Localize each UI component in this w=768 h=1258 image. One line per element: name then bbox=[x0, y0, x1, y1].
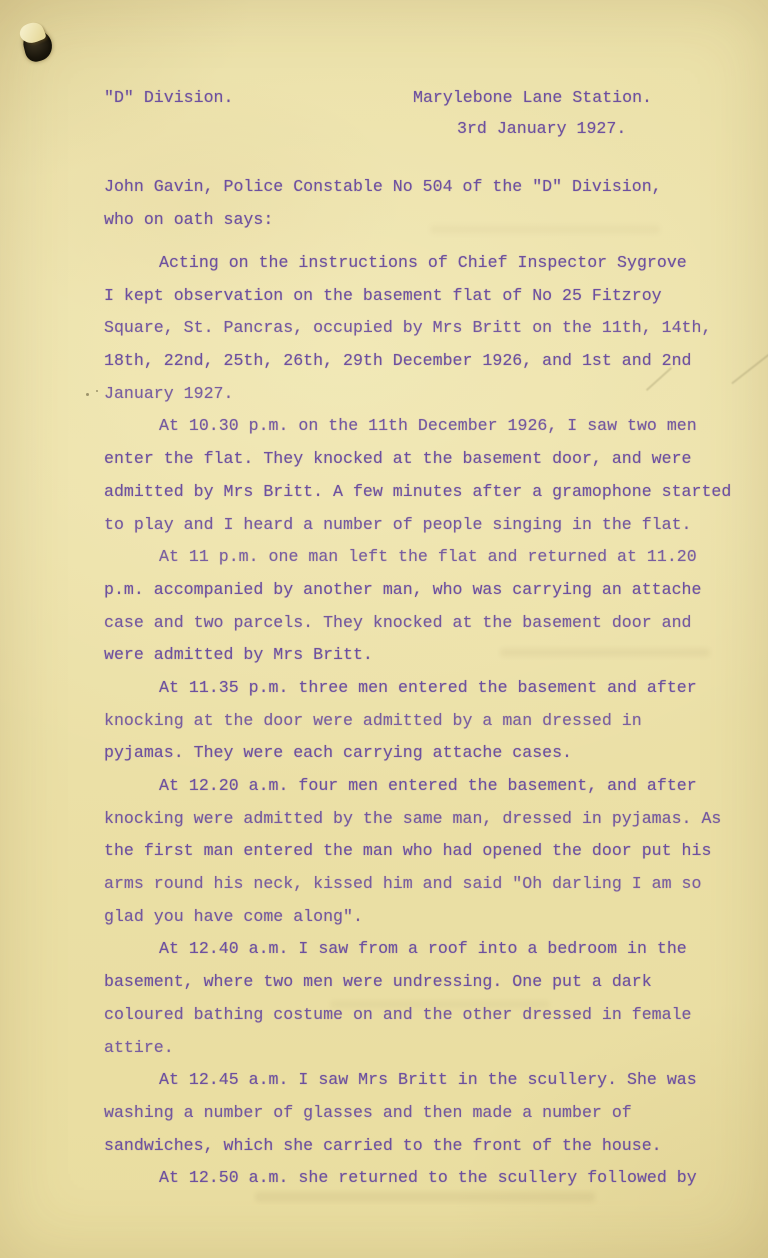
statement-line: knocking at the door were admitted by a … bbox=[104, 705, 750, 738]
statement-line: the first man entered the man who had op… bbox=[104, 835, 750, 868]
statement-line: At 12.20 a.m. four men entered the basem… bbox=[104, 770, 750, 803]
pencil-dot bbox=[96, 390, 98, 392]
station-heading: Marylebone Lane Station. bbox=[413, 88, 652, 107]
statement-line: Acting on the instructions of Chief Insp… bbox=[104, 247, 750, 280]
ink-bleed-smudge bbox=[330, 1000, 550, 1009]
ink-bleed-smudge bbox=[255, 1192, 595, 1202]
statement-line: arms round his neck, kissed him and said… bbox=[104, 868, 750, 901]
statement-line: sandwiches, which she carried to the fro… bbox=[104, 1130, 750, 1163]
punch-hole bbox=[19, 23, 57, 65]
statement-line: At 11 p.m. one man left the flat and ret… bbox=[104, 541, 750, 574]
statement-line: case and two parcels. They knocked at th… bbox=[104, 607, 750, 640]
statement-line: At 12.45 a.m. I saw Mrs Britt in the scu… bbox=[104, 1064, 750, 1097]
statement-line: Square, St. Pancras, occupied by Mrs Bri… bbox=[104, 312, 750, 345]
document-page: "D" Division. Marylebone Lane Station. 3… bbox=[0, 0, 768, 1258]
statement-line: At 11.35 p.m. three men entered the base… bbox=[104, 672, 750, 705]
division-heading: "D" Division. bbox=[104, 88, 233, 107]
statement-line: basement, where two men were undressing.… bbox=[104, 966, 750, 999]
pencil-dot bbox=[86, 393, 89, 396]
statement-line: enter the flat. They knocked at the base… bbox=[104, 443, 750, 476]
statement-line: to play and I heard a number of people s… bbox=[104, 509, 750, 542]
date-line: 3rd January 1927. bbox=[457, 119, 626, 138]
statement-line: At 12.40 a.m. I saw from a roof into a b… bbox=[104, 933, 750, 966]
statement-body: Acting on the instructions of Chief Insp… bbox=[104, 247, 750, 1195]
statement-line: admitted by Mrs Britt. A few minutes aft… bbox=[104, 476, 750, 509]
witness-intro-line: John Gavin, Police Constable No 504 of t… bbox=[104, 170, 662, 203]
statement-line: p.m. accompanied by another man, who was… bbox=[104, 574, 750, 607]
statement-line: At 12.50 a.m. she returned to the sculle… bbox=[104, 1162, 750, 1195]
ink-bleed-smudge bbox=[500, 648, 710, 657]
statement-line: attire. bbox=[104, 1032, 750, 1065]
statement-line: I kept observation on the basement flat … bbox=[104, 280, 750, 313]
statement-line: At 10.30 p.m. on the 11th December 1926,… bbox=[104, 410, 750, 443]
statement-line: washing a number of glasses and then mad… bbox=[104, 1097, 750, 1130]
statement-line: 18th, 22nd, 25th, 26th, 29th December 19… bbox=[104, 345, 750, 378]
statement-line: glad you have come along". bbox=[104, 901, 750, 934]
ink-bleed-smudge bbox=[430, 225, 660, 234]
statement-line: knocking were admitted by the same man, … bbox=[104, 803, 750, 836]
statement-line: pyjamas. They were each carrying attache… bbox=[104, 737, 750, 770]
